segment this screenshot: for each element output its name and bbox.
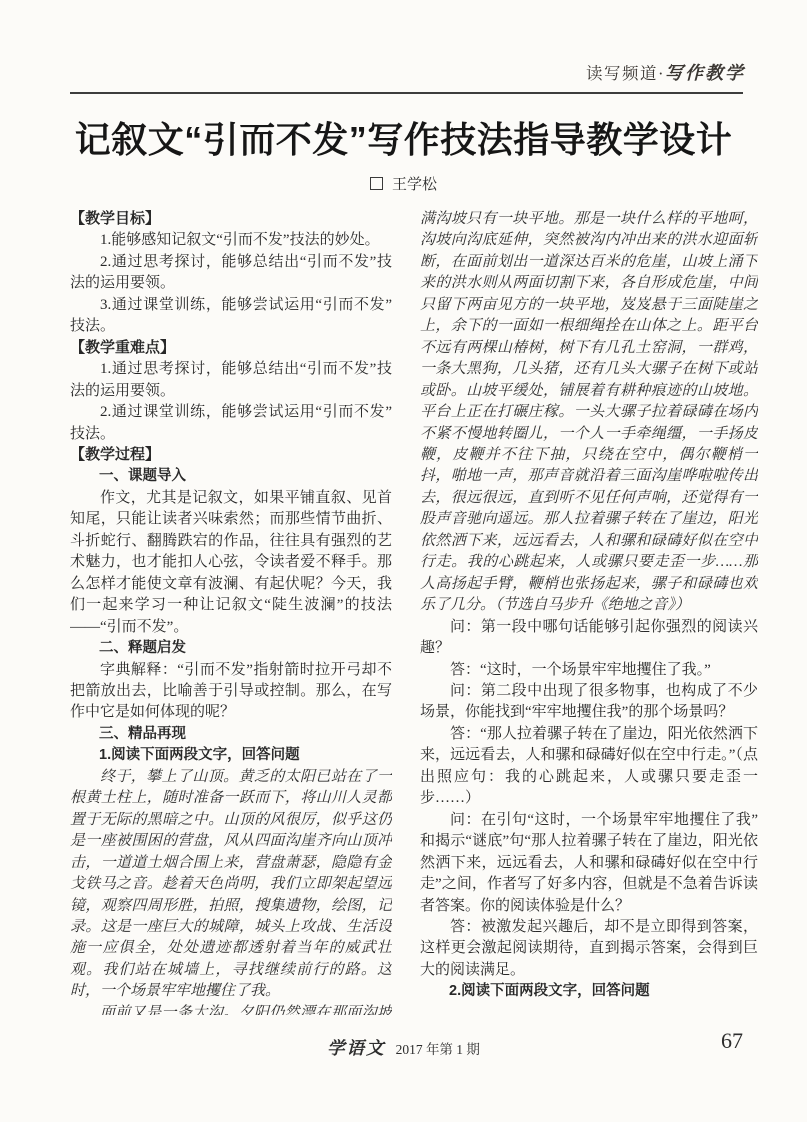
excerpt-paragraph: 终于，攀上了山顶。黄乏的太阳已站在了一根黄土柱上，随时准备一跃而下，将山川人灵都… <box>70 767 392 1003</box>
section-heading: 【教学目标】 <box>70 209 392 230</box>
excerpt-paragraph: 面前又是一条大沟。夕阳仍然漂在那面沟坡上。一眼望不见边沿的沟坡破碎而陡直。有一块… <box>70 1003 392 1015</box>
task-heading: 1.阅读下面两段文字，回答问题 <box>70 745 392 766</box>
sub-section-heading: 一、课题导入 <box>70 466 392 487</box>
section-heading: 【教学过程】 <box>70 445 392 466</box>
answer-paragraph: 答：被激发起兴趣后，却不是立即得到答案，这样更会激起阅读期待，直到揭示答案，会得… <box>420 917 758 981</box>
journal-channel-label: 读写频道·写作教学 <box>586 59 745 85</box>
list-item: 3.通过课堂训练，能够尝试运用“引而不发”技法。 <box>70 295 392 338</box>
list-item: 1.能够感知记叙文“引而不发”技法的妙处。 <box>70 230 392 251</box>
channel-main-label: 读写频道 <box>586 64 658 83</box>
question-paragraph: 问：在引句“这时，一个场景牢牢地攫住了我”和揭示“谜底”句“那人拉着骡子转在了崖… <box>420 810 758 917</box>
question-paragraph: 问：第一段中哪句话能够引起你强烈的阅读兴趣？ <box>420 617 758 660</box>
channel-script-label: 写作教学 <box>665 63 745 83</box>
header-divider-rule <box>70 92 743 94</box>
author-name: 王学松 <box>392 177 437 193</box>
journal-name: 学语文 <box>327 1038 386 1058</box>
article-title: 记叙文“引而不发”写作技法指导教学设计 <box>35 112 772 163</box>
sub-section-heading: 三、精品再现 <box>70 724 392 745</box>
left-column: 【教学目标】 1.能够感知记叙文“引而不发”技法的妙处。 2.通过思考探讨，能够… <box>70 209 392 1015</box>
answer-paragraph: 答：“这时，一个场景牢牢地攫住了我。” <box>420 660 758 681</box>
list-item: 2.通过课堂训练，能够尝试运用“引而不发”技法。 <box>70 402 392 445</box>
excerpt-paragraph-continued: 满沟坡只有一块平地。那是一块什么样的平地呵，沟坡向沟底延伸，突然被沟内冲出来的洪… <box>420 209 758 617</box>
page-number: 67 <box>721 1028 743 1054</box>
list-item: 2.通过思考探讨，能够总结出“引而不发”技法的运用要领。 <box>70 252 392 295</box>
body-paragraph: 作文，尤其是记叙文，如果平铺直叙、见首知尾，只能让读者兴味索然；而那些情节曲折、… <box>70 488 392 638</box>
body-paragraph: 字典解释：“引而不发”指射箭时拉开弓却不把箭放出去，比喻善于引导或控制。那么，在… <box>70 660 392 724</box>
channel-separator: · <box>658 64 665 83</box>
task-heading: 2.阅读下面两段文字，回答问题 <box>420 981 758 1002</box>
footer-journal: 学语文 2017 年第 1 期 <box>0 1035 807 1060</box>
question-paragraph: 问：第二段中出现了很多物事，也构成了不少场景，你能找到“牢牢地攫住我”的那个场景… <box>420 681 758 724</box>
section-heading: 【教学重难点】 <box>70 338 392 359</box>
author-line: 王学松 <box>0 173 807 194</box>
right-column: 满沟坡只有一块平地。那是一块什么样的平地呵，沟坡向沟底延伸，突然被沟内冲出来的洪… <box>420 209 758 1021</box>
sub-section-heading: 二、释题启发 <box>70 638 392 659</box>
list-item: 1.通过思考探讨，能够总结出“引而不发”技法的运用要领。 <box>70 359 392 402</box>
journal-page: 读写频道·写作教学 记叙文“引而不发”写作技法指导教学设计 王学松 【教学目标】… <box>0 0 807 1122</box>
author-square-icon <box>370 177 383 190</box>
journal-issue: 2017 年第 1 期 <box>396 1042 480 1057</box>
answer-paragraph: 答：“那人拉着骡子转在了崖边，阳光依然洒下来，远远看去，人和骡和碌碡好似在空中行… <box>420 724 758 810</box>
